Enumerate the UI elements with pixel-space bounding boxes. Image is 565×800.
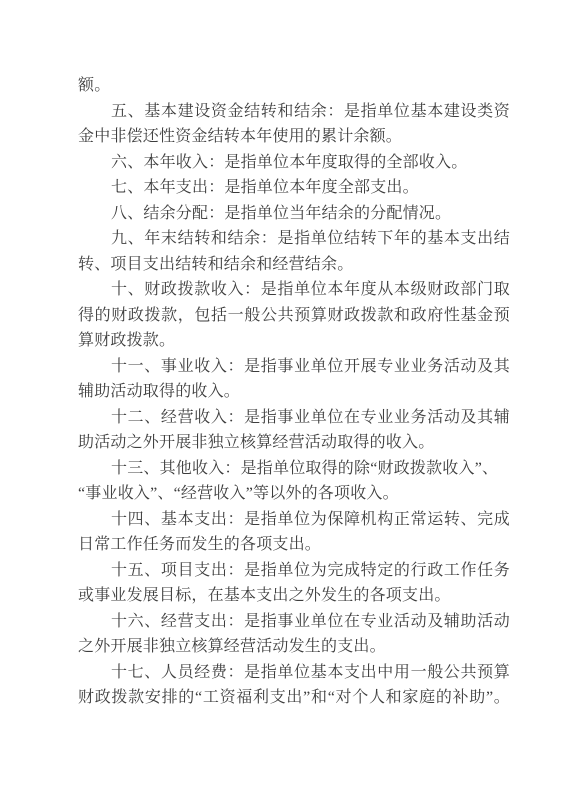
text-line: 财政拨款安排的“工资福利支出”和“对个人和家庭的补助”。 bbox=[78, 685, 510, 711]
text-line: 十六、经营支出：是指事业单位在专业活动及辅助活动 bbox=[78, 609, 510, 635]
text-line: 六、本年收入：是指单位本年度取得的全部收入。 bbox=[78, 150, 510, 176]
text-line: 十四、基本支出：是指单位为保障机构正常运转、完成 bbox=[78, 507, 510, 533]
text-line: 十一、事业收入：是指事业单位开展专业业务活动及其 bbox=[78, 354, 510, 380]
text-line: 日常工作任务而发生的各项支出。 bbox=[78, 532, 510, 558]
text-line: 八、结余分配：是指单位当年结余的分配情况。 bbox=[78, 201, 510, 227]
text-line: 辅助活动取得的收入。 bbox=[78, 379, 510, 405]
text-line: 十五、项目支出：是指单位为完成特定的行政工作任务 bbox=[78, 558, 510, 584]
text-line: 五、基本建设资金结转和结余：是指单位基本建设类资 bbox=[78, 99, 510, 125]
text-line: 之外开展非独立核算经营活动发生的支出。 bbox=[78, 634, 510, 660]
text-line: 助活动之外开展非独立核算经营活动取得的收入。 bbox=[78, 430, 510, 456]
document-text: 额。五、基本建设资金结转和结余：是指单位基本建设类资金中非偿还性资金结转本年使用… bbox=[78, 73, 510, 711]
text-line: 十三、其他收入：是指单位取得的除“财政拨款收入”、 bbox=[78, 456, 510, 482]
text-line: 七、本年支出：是指单位本年度全部支出。 bbox=[78, 175, 510, 201]
text-line: 算财政拨款。 bbox=[78, 328, 510, 354]
text-line: 十、财政拨款收入：是指单位本年度从本级财政部门取 bbox=[78, 277, 510, 303]
document-page: 额。五、基本建设资金结转和结余：是指单位基本建设类资金中非偿还性资金结转本年使用… bbox=[0, 0, 565, 800]
text-line: 十七、人员经费：是指单位基本支出中用一般公共预算 bbox=[78, 660, 510, 686]
text-line: 九、年末结转和结余：是指单位结转下年的基本支出结 bbox=[78, 226, 510, 252]
text-line: 转、项目支出结转和结余和经营结余。 bbox=[78, 252, 510, 278]
text-line: 金中非偿还性资金结转本年使用的累计余额。 bbox=[78, 124, 510, 150]
text-line: 额。 bbox=[78, 73, 510, 99]
text-line: 十二、经营收入：是指事业单位在专业业务活动及其辅 bbox=[78, 405, 510, 431]
text-line: 得的财政拨款，包括一般公共预算财政拨款和政府性基金预 bbox=[78, 303, 510, 329]
text-line: “事业收入”、“经营收入”等以外的各项收入。 bbox=[78, 481, 510, 507]
text-line: 或事业发展目标，在基本支出之外发生的各项支出。 bbox=[78, 583, 510, 609]
